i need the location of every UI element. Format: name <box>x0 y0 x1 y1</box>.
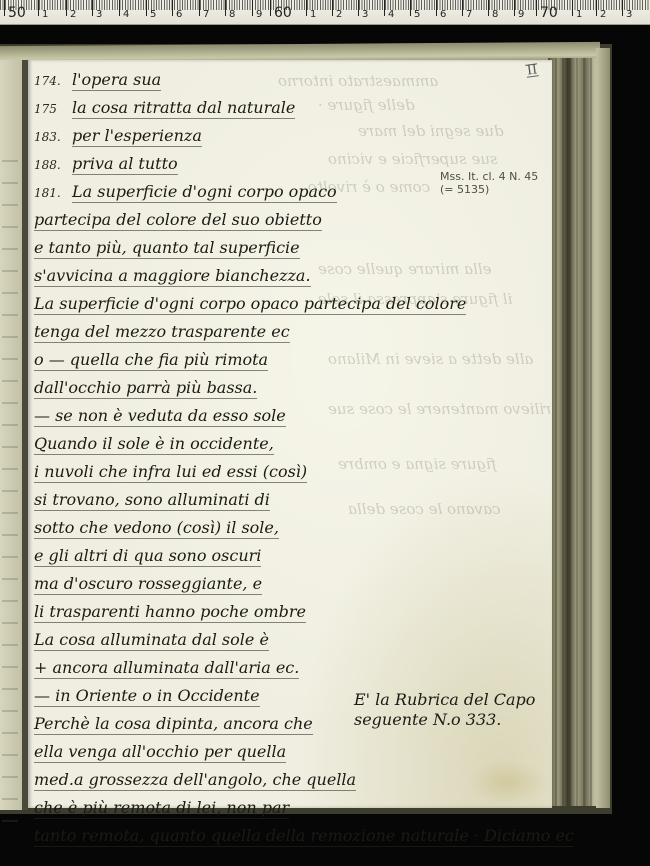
ruler-label: 2 <box>336 8 342 22</box>
line-text: La superficie d'ogni corpo opaco parteci… <box>34 294 466 315</box>
manuscript-line: La cosa alluminata dal sole è <box>34 628 534 656</box>
ruler-label: 3 <box>96 8 102 22</box>
line-text: La cosa alluminata dal sole è <box>34 630 269 651</box>
line-text: med.a grossezza dell'angolo, che quella <box>34 770 356 791</box>
manuscript-page: ammaestrato intorno delle figure · due s… <box>28 60 552 808</box>
book-cover-right-edge <box>596 48 610 808</box>
ruler-major-tick <box>270 0 271 16</box>
manuscript-line: s'avvicina a maggiore bianchezza. <box>34 264 534 292</box>
line-reference-number: 188. <box>34 153 72 177</box>
line-reference-number: 174. <box>34 69 72 93</box>
manuscript-line: 188.priva al tutto <box>34 152 534 180</box>
manuscript-line: e gli altri di qua sono oscuri <box>34 544 534 572</box>
ruler-major-tick <box>384 0 385 16</box>
manuscript-line: 174.l'opera sua <box>34 68 534 96</box>
ruler-label: 5 <box>414 8 420 22</box>
ruler-label: 1 <box>310 8 316 22</box>
manuscript-line: i nuvoli che infra lui ed essi (così) <box>34 460 534 488</box>
ruler-label: 1 <box>42 8 48 22</box>
manuscript-line: e tanto più, quanto tal superficie <box>34 236 534 264</box>
ruler-major-tick <box>172 0 173 16</box>
ruler-label: 6 <box>176 8 182 22</box>
line-text: ma d'oscuro rosseggiante, e <box>34 574 262 595</box>
line-text: si trovano, sono alluminati di <box>34 490 270 511</box>
ruler-label: 7 <box>466 8 472 22</box>
ruler-label: 50 <box>8 6 26 20</box>
ruler-major-tick <box>92 0 93 16</box>
ruler-major-tick <box>306 0 307 16</box>
ruler-major-tick <box>462 0 463 16</box>
line-text: priva al tutto <box>72 154 178 175</box>
ruler-major-tick <box>225 0 226 16</box>
ruler-label: 5 <box>150 8 156 22</box>
ruler-label: 3 <box>626 8 632 22</box>
line-text: per l'esperienza <box>72 126 202 147</box>
ruler-major-tick <box>436 0 437 16</box>
manuscript-line: tanto remota, quanto quella della remozi… <box>34 824 534 852</box>
margin-note: E' la Rubrica del Capo seguente N.o 333. <box>354 690 535 730</box>
line-text: la cosa ritratta dal naturale <box>72 98 295 119</box>
line-text: sotto che vedono (così) il sole, <box>34 518 279 539</box>
line-text: i nuvoli che infra lui ed essi (così) <box>34 462 307 483</box>
manuscript-line: 183.per l'esperienza <box>34 124 534 152</box>
facing-page-text-bleed <box>2 140 18 840</box>
manuscript-line: med.a grossezza dell'angolo, che quella <box>34 768 534 796</box>
ruler-major-tick <box>38 0 39 16</box>
ruler-major-tick <box>488 0 489 16</box>
ruler-label: 4 <box>123 8 129 22</box>
line-text: tenga del mezzo trasparente ec <box>34 322 290 343</box>
ruler-major-tick <box>410 0 411 16</box>
ruler-label: 6 <box>440 8 446 22</box>
ruler-label: 8 <box>229 8 235 22</box>
manuscript-line: o — quella che fia più rimota <box>34 348 534 376</box>
ruler-label: 4 <box>388 8 394 22</box>
manuscript-line: ma d'oscuro rosseggiante, e <box>34 572 534 600</box>
ruler-major-tick <box>596 0 597 16</box>
manuscript-line: La superficie d'ogni corpo opaco parteci… <box>34 292 534 320</box>
ruler-label: 8 <box>492 8 498 22</box>
manuscript-line: si trovano, sono alluminati di <box>34 488 534 516</box>
book-fore-edge <box>548 58 600 806</box>
measurement-ruler: 501234567896012345678970123 <box>0 0 650 25</box>
manuscript-line: 175la cosa ritratta dal naturale <box>34 96 534 124</box>
ruler-major-tick <box>146 0 147 16</box>
ruler-major-tick <box>66 0 67 16</box>
paper-stain <box>468 760 548 805</box>
manuscript-line: partecipa del colore del suo obietto <box>34 208 534 236</box>
ruler-major-tick <box>622 0 623 16</box>
manuscript-line: sotto che vedono (così) il sole, <box>34 516 534 544</box>
manuscript-line: dall'occhio parrà più bassa. <box>34 376 534 404</box>
ruler-major-tick <box>332 0 333 16</box>
manuscript-scan: 501234567896012345678970123 ammaestrato … <box>0 0 650 866</box>
line-text: La superficie d'ogni corpo opaco <box>72 182 337 203</box>
margin-note-line-1: E' la Rubrica del Capo <box>354 690 535 710</box>
line-text: e gli altri di qua sono oscuri <box>34 546 261 567</box>
manuscript-line: Quando il sole è in occidente, <box>34 432 534 460</box>
ruler-major-tick <box>536 0 537 16</box>
line-text: + ancora alluminata dall'aria ec. <box>34 658 299 679</box>
line-text: dall'occhio parrà più bassa. <box>34 378 257 399</box>
ruler-label: 3 <box>362 8 368 22</box>
line-text: s'avvicina a maggiore bianchezza. <box>34 266 311 287</box>
manuscript-line: che è più remota di lei, non par <box>34 796 534 824</box>
manuscript-line: + ancora alluminata dall'aria ec. <box>34 656 534 684</box>
ruler-label: 2 <box>600 8 606 22</box>
line-reference-number: 183. <box>34 125 72 149</box>
manuscript-line: 181.La superficie d'ogni corpo opaco <box>34 180 534 208</box>
margin-note-line-2: seguente N.o 333. <box>354 710 535 730</box>
line-text: ella venga all'occhio per quella <box>34 742 286 763</box>
line-reference-number: 175 <box>34 97 72 121</box>
manuscript-line: — se non è veduta da esso sole <box>34 404 534 432</box>
line-text: tanto remota, quanto quella della remozi… <box>34 826 574 847</box>
ruler-major-tick <box>199 0 200 16</box>
ruler-major-tick <box>4 0 5 16</box>
ruler-major-tick <box>252 0 253 16</box>
ruler-label: 9 <box>256 8 262 22</box>
line-reference-number: 181. <box>34 181 72 205</box>
line-text: li trasparenti hanno poche ombre <box>34 602 306 623</box>
line-text: — in Oriente o in Occidente <box>34 686 260 707</box>
ruler-major-tick <box>358 0 359 16</box>
ruler-major-tick <box>572 0 573 16</box>
facing-page-edge <box>0 60 28 810</box>
ruler-label: 1 <box>576 8 582 22</box>
ruler-major-tick <box>119 0 120 16</box>
line-text: o — quella che fia più rimota <box>34 350 268 371</box>
manuscript-line: li trasparenti hanno poche ombre <box>34 600 534 628</box>
ruler-label: 2 <box>70 8 76 22</box>
line-text: che è più remota di lei, non par <box>34 798 289 819</box>
ruler-label: 60 <box>274 6 292 20</box>
line-text: e tanto più, quanto tal superficie <box>34 238 300 259</box>
handwritten-text-block: 174.l'opera sua175la cosa ritratta dal n… <box>34 68 534 852</box>
ruler-label: 9 <box>518 8 524 22</box>
ruler-label: 7 <box>203 8 209 22</box>
line-text: partecipa del colore del suo obietto <box>34 210 322 231</box>
line-text: — se non è veduta da esso sole <box>34 406 286 427</box>
manuscript-line: tenga del mezzo trasparente ec <box>34 320 534 348</box>
line-text: Quando il sole è in occidente, <box>34 434 274 455</box>
ruler-label: 70 <box>540 6 558 20</box>
line-text: Perchè la cosa dipinta, ancora che <box>34 714 313 735</box>
manuscript-line: ella venga all'occhio per quella <box>34 740 534 768</box>
ruler-major-tick <box>514 0 515 16</box>
line-text: l'opera sua <box>72 70 161 91</box>
